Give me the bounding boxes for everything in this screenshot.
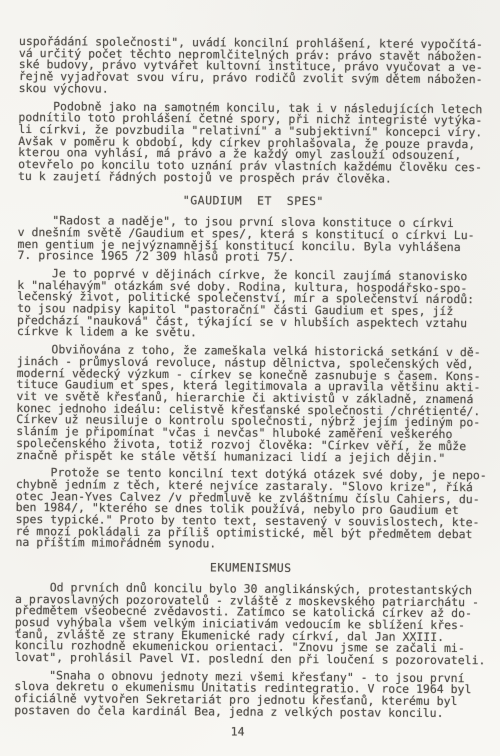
paragraph: Protože se tento koncilní text dotýká ot…: [15, 467, 487, 552]
section-heading-gaudium-et-spes: "GAUDIUM ET SPES": [18, 194, 489, 209]
section-heading-ekumenismus: EKUMENISMUS: [15, 561, 486, 576]
page-number: 14: [2, 724, 473, 739]
paragraph: Obviňována z toho, že zameškala velká hi…: [16, 344, 488, 464]
paragraph: Je to poprvé v dějinách církve, že konci…: [17, 268, 488, 342]
paragraph: "Radost a naděje", to jsou první slova k…: [17, 215, 488, 265]
paragraph: Podobně jako na samotném koncilu, tak i …: [18, 101, 490, 186]
paragraph-continuation: uspořádání společnosti", uvádí koncilní …: [19, 36, 490, 98]
paragraph: "Snaha o obnovu jednoty mezi všemi křesť…: [14, 670, 485, 720]
scanned-document-page: uspořádání společnosti", uvádí koncilní …: [0, 0, 500, 756]
paragraph: Od prvních dnů koncilu bylo 30 anglikáns…: [15, 582, 487, 667]
page-content: uspořádání společnosti", uvádí koncilní …: [0, 0, 500, 740]
